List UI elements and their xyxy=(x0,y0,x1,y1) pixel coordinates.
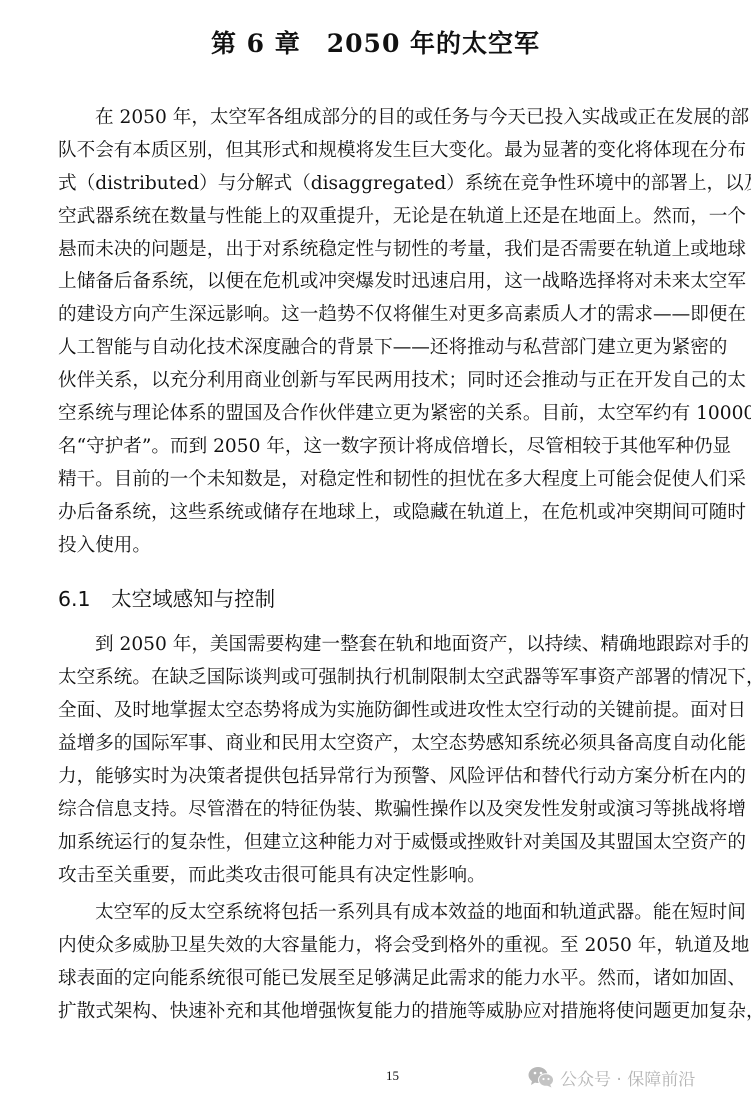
paragraph-line: 到 2050 年，美国需要构建一整套在轨和地面资产，以持续、精确地跟踪对手的 xyxy=(95,631,714,659)
paragraph-line: 悬而未决的问题是，出于对系统稳定性与韧性的考量，我们是否需要在轨道上或地球 xyxy=(58,236,714,264)
paragraph-line: 扩散式架构、快速补充和其他增强恢复能力的措施等威胁应对措施将使问题更加复杂， xyxy=(58,998,714,1026)
paragraph-line: 精干。目前的一个未知数是，对稳定性和韧性的担忧在多大程度上可能会促使人们采 xyxy=(58,466,714,494)
paragraph-line: 在 2050 年，太空军各组成部分的目的或任务与今天已投入实战或正在发展的部 xyxy=(95,104,714,132)
chapter-title: 第 6 章 2050 年的太空军 xyxy=(0,26,751,62)
paragraph-line: 球表面的定向能系统很可能已发展至足够满足此需求的能力水平。然而，诸如加固、 xyxy=(58,965,714,993)
watermark: 公众号 · 保障前沿 xyxy=(528,1064,695,1090)
paragraph-line: 益增多的国际军事、商业和民用太空资产，太空态势感知系统必须具备高度自动化能 xyxy=(58,730,714,758)
paragraph-line: 队不会有本质区别，但其形式和规模将发生巨大变化。最为显著的变化将体现在分布 xyxy=(58,137,714,165)
paragraph-line: 名“守护者”。而到 2050 年，这一数字预计将成倍增长，尽管相较于其他军种仍显 xyxy=(58,433,714,461)
paragraph-line: 空系统与理论体系的盟国及合作伙伴建立更为紧密的关系。目前，太空军约有 10000 xyxy=(58,400,714,428)
paragraph-line: 的建设方向产生深远影响。这一趋势不仅将催生对更多高素质人才的需求——即便在 xyxy=(58,301,714,329)
paragraph-line: 太空军的反太空系统将包括一系列具有成本效益的地面和轨道武器。能在短时间 xyxy=(95,899,714,927)
paragraph-line: 综合信息支持。尽管潜在的特征伪装、欺骗性操作以及突发性发射或演习等挑战将增 xyxy=(58,796,714,824)
paragraph-line: 内使众多威胁卫星失效的大容量能力，将会受到格外的重视。至 2050 年，轨道及地 xyxy=(58,932,714,960)
paragraph-line: 上储备后备系统，以便在危机或冲突爆发时迅速启用，这一战略选择将对未来太空军 xyxy=(58,268,714,296)
paragraph-line: 攻击至关重要，而此类攻击很可能具有决定性影响。 xyxy=(58,862,714,890)
paragraph-line: 伙伴关系，以充分利用商业创新与军民两用技术；同时还会推动与正在开发自己的太 xyxy=(58,367,714,395)
paragraph-line: 加系统运行的复杂性，但建立这种能力对于威慑或挫败针对美国及其盟国太空资产的 xyxy=(58,829,714,857)
paragraph-line: 太空系统。在缺乏国际谈判或可强制执行机制限制太空武器等军事资产部署的情况下， xyxy=(58,664,714,692)
paragraph-line: 式（distributed）与分解式（disaggregated）系统在竞争性环… xyxy=(58,170,714,198)
section-heading: 6.1 太空域感知与控制 xyxy=(58,584,275,614)
paragraph-line: 力，能够实时为决策者提供包括异常行为预警、风险评估和替代行动方案分析在内的 xyxy=(58,763,714,791)
paragraph-line: 办后备系统，这些系统或储存在地球上，或隐藏在轨道上，在危机或冲突期间可随时 xyxy=(58,499,714,527)
page-number: 15 xyxy=(386,1068,399,1084)
wechat-icon xyxy=(528,1066,554,1088)
paragraph-line: 人工智能与自动化技术深度融合的背景下——还将推动与私营部门建立更为紧密的 xyxy=(58,334,714,362)
watermark-text: 公众号 · 保障前沿 xyxy=(560,1065,695,1090)
document-page: 第 6 章 2050 年的太空军 在 2050 年，太空军各组成部分的目的或任务… xyxy=(0,0,751,1112)
paragraph-line: 空武器系统在数量与性能上的双重提升，无论是在轨道上还是在地面上。然而，一个 xyxy=(58,203,714,231)
paragraph-line: 投入使用。 xyxy=(58,532,714,560)
paragraph-line: 全面、及时地掌握太空态势将成为实施防御性或进攻性太空行动的关键前提。面对日 xyxy=(58,697,714,725)
